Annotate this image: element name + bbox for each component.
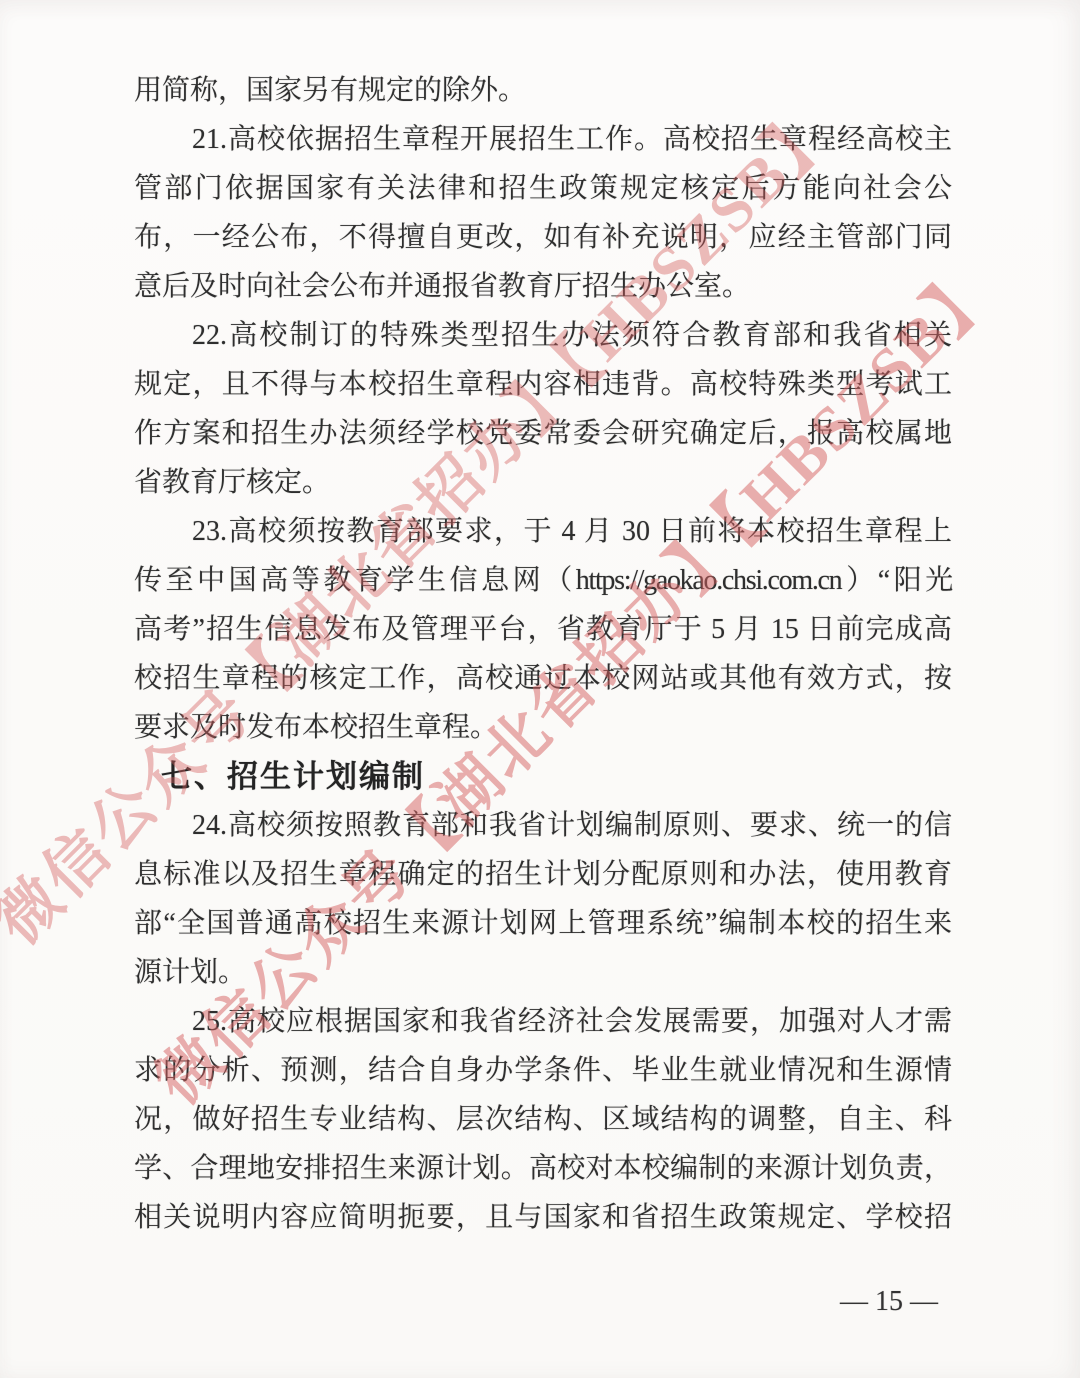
page-number: — 15 — xyxy=(134,1277,952,1326)
body-text-line: 意后及时向社会公布并通报省教育厅招生办公室。 xyxy=(134,262,952,311)
document-page: 用简称，国家另有规定的除外。 21.高校依据招生章程开展招生工作。高校招生章程经… xyxy=(0,0,1080,1378)
body-text-line: 规定，且不得与本校招生章程内容相违背。高校特殊类型考试工 xyxy=(134,360,952,409)
body-text-line: 省教育厅核定。 xyxy=(134,458,952,507)
body-text-line: 相关说明内容应简明扼要，且与国家和省招生政策规定、学校招 xyxy=(134,1193,952,1242)
body-text-line-with-url: 传至中国高等教育学生信息网（https://gaokao.chsi.com.cn… xyxy=(134,556,952,605)
body-text-line: 源计划。 xyxy=(134,948,952,997)
body-text-line: 况，做好招生专业结构、层次结构、区域结构的调整，自主、科 xyxy=(134,1095,952,1144)
body-text-line: 学、合理地安排招生来源计划。高校对本校编制的来源计划负责， xyxy=(134,1144,952,1193)
section-heading: 七、招生计划编制 xyxy=(134,752,952,801)
body-text-line: 21.高校依据招生章程开展招生工作。高校招生章程经高校主 xyxy=(134,115,952,164)
body-text-line: 25.高校应根据国家和我省经济社会发展需要，加强对人才需 xyxy=(134,997,952,1046)
body-text-line: 布，一经公布，不得擅自更改，如有补充说明，应经主管部门同 xyxy=(134,213,952,262)
document-body: 用简称，国家另有规定的除外。 21.高校依据招生章程开展招生工作。高校招生章程经… xyxy=(134,66,952,1242)
body-text-line: 要求及时发布本校招生章程。 xyxy=(134,703,952,752)
body-text-line: 求的分析、预测，结合自身办学条件、毕业生就业情况和生源情 xyxy=(134,1046,952,1095)
body-text-line: 部“全国普通高校招生来源计划网上管理系统”编制本校的招生来 xyxy=(134,899,952,948)
body-text-line: 作方案和招生办法须经学校党委常委会研究确定后，报高校属地 xyxy=(134,409,952,458)
body-text-line: 22.高校制订的特殊类型招生办法须符合教育部和我省相关 xyxy=(134,311,952,360)
body-text-line: 高考”招生信息发布及管理平台，省教育厅于 5 月 15 日前完成高 xyxy=(134,605,952,654)
body-text-line: 管部门依据国家有关法律和招生政策规定核定后方能向社会公 xyxy=(134,164,952,213)
body-text-line: 用简称，国家另有规定的除外。 xyxy=(134,66,952,115)
body-text-line: 24.高校须按照教育部和我省计划编制原则、要求、统一的信 xyxy=(134,801,952,850)
body-text-line: 23.高校须按教育部要求，于 4 月 30 日前将本校招生章程上 xyxy=(134,507,952,556)
body-text-line: 息标准以及招生章程确定的招生计划分配原则和办法，使用教育 xyxy=(134,850,952,899)
body-text-line: 校招生章程的核定工作，高校通过本校网站或其他有效方式，按 xyxy=(134,654,952,703)
